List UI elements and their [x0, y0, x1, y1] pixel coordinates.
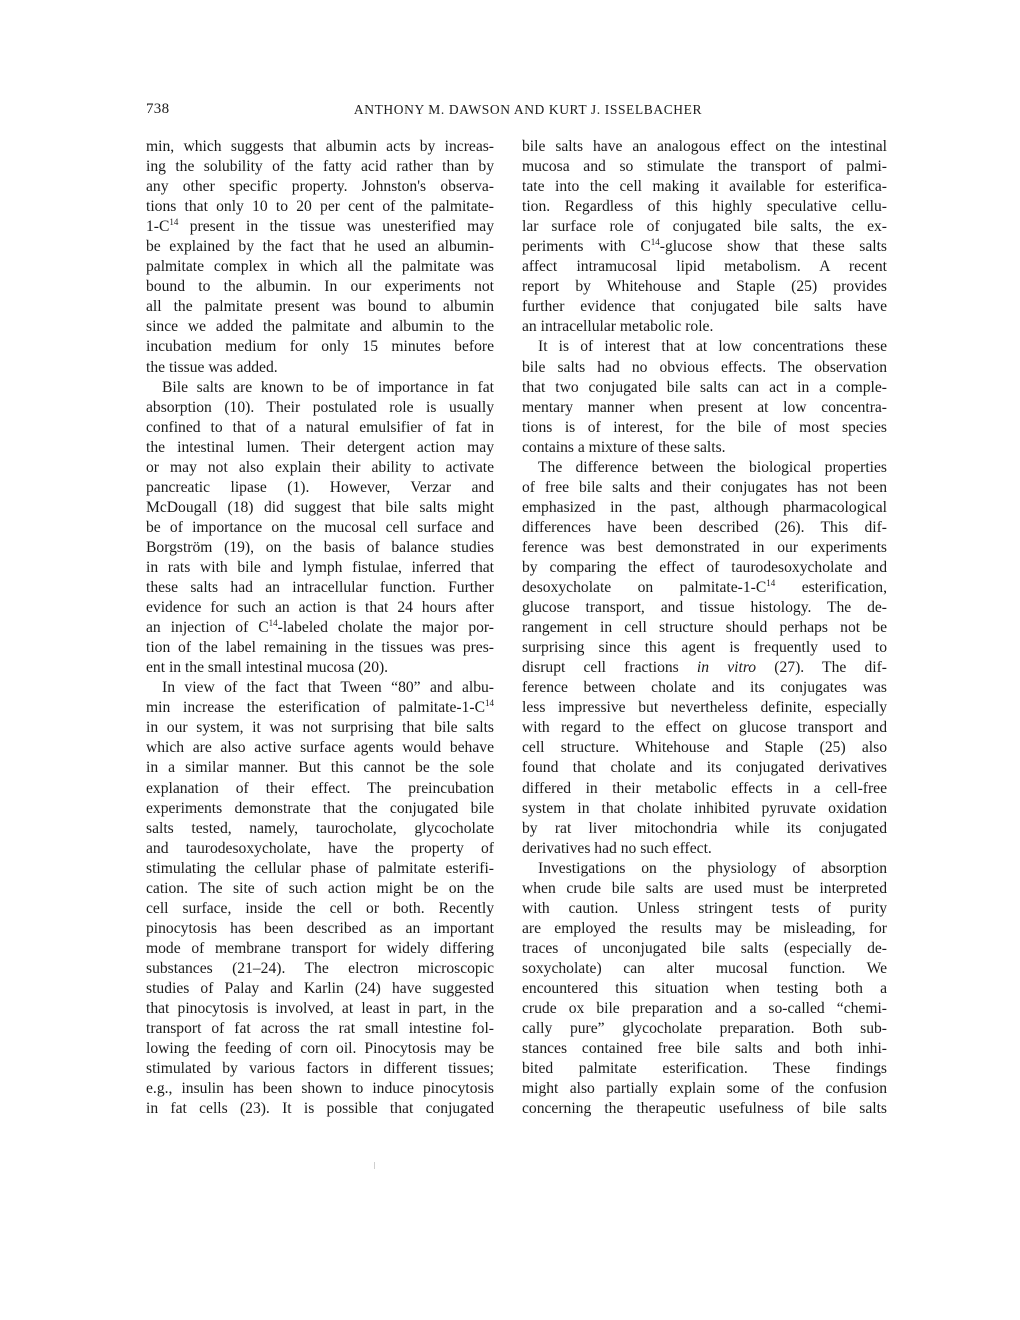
- text-line: periments with C14-glucose show that the…: [522, 237, 887, 257]
- text-line: salts tested, namely, taurocholate, glyc…: [146, 819, 494, 839]
- text-line: since we added the palmitate and albumin…: [146, 317, 494, 337]
- text-line: It is of interest that at low concentrat…: [522, 337, 887, 357]
- text-line: tions is of interest, for the bile of mo…: [522, 418, 887, 438]
- text-line: or may not also explain their ability to…: [146, 458, 494, 478]
- text-line: affect intramucosal lipid metabolism. A …: [522, 257, 887, 277]
- text-line: ent in the small intestinal mucosa (20).: [146, 658, 494, 678]
- text-line: e.g., insulin has been shown to induce p…: [146, 1079, 494, 1099]
- text-line: stimulated by various factors in differe…: [146, 1059, 494, 1079]
- text-line: report by Whitehouse and Staple (25) pro…: [522, 277, 887, 297]
- text-line: Investigations on the physiology of abso…: [522, 859, 887, 879]
- text-line: incubation medium for only 15 minutes be…: [146, 337, 494, 357]
- text-line: explanation of their effect. The preincu…: [146, 779, 494, 799]
- text-line: pancreatic lipase (1). However, Verzar a…: [146, 478, 494, 498]
- text-line: min, which suggests that albumin acts by…: [146, 137, 494, 157]
- text-line: cation. The site of such action might be…: [146, 879, 494, 899]
- text-line: min increase the esterification of palmi…: [146, 698, 494, 718]
- text-line: contains a mixture of these salts.: [522, 438, 887, 458]
- text-line: an injection of C14-labeled cholate the …: [146, 618, 494, 638]
- text-line: of free bile salts and their conjugates …: [522, 478, 887, 498]
- text-line: further evidence that conjugated bile sa…: [522, 297, 887, 317]
- text-line: bile salts had no obvious effects. The o…: [522, 358, 887, 378]
- left-text-column: min, which suggests that albumin acts by…: [146, 137, 494, 1119]
- text-line: ference was best demonstrated in our exp…: [522, 538, 887, 558]
- text-line: lowing the feeding of corn oil. Pinocyto…: [146, 1039, 494, 1059]
- text-line: ing the solubility of the fatty acid rat…: [146, 157, 494, 177]
- superscript: 14: [269, 618, 278, 628]
- text-line: tion of the label remaining in the tissu…: [146, 638, 494, 658]
- text-line: with regard to the effect on glucose tra…: [522, 718, 887, 738]
- text-line: stances contained free bile salts and bo…: [522, 1039, 887, 1059]
- text-line: all the palmitate present was bound to a…: [146, 297, 494, 317]
- journal-page: 738 ANTHONY M. DAWSON AND KURT J. ISSELB…: [0, 0, 1020, 1320]
- text-line: system in that cholate inhibited pyruvat…: [522, 799, 887, 819]
- text-line: crude ox bile preparation and a so-calle…: [522, 999, 887, 1019]
- text-line: stimulating the cellular phase of palmit…: [146, 859, 494, 879]
- text-line: be of importance on the mucosal cell sur…: [146, 518, 494, 538]
- text-line: any other specific property. Johnston's …: [146, 177, 494, 197]
- text-line: cally pure” glycocholate preparation. Bo…: [522, 1019, 887, 1039]
- text-line: cell surface, inside the cell or both. R…: [146, 899, 494, 919]
- text-line: derivatives had no such effect.: [522, 839, 887, 859]
- text-line: lar surface role of conjugated bile salt…: [522, 217, 887, 237]
- text-line: emphasized in the past, although pharmac…: [522, 498, 887, 518]
- text-line: studies of Palay and Karlin (24) have su…: [146, 979, 494, 999]
- text-line: transport of fat across the rat small in…: [146, 1019, 494, 1039]
- text-line: an intracellular metabolic role.: [522, 317, 887, 337]
- text-line: by comparing the effect of taurodesoxych…: [522, 558, 887, 578]
- superscript: 14: [766, 578, 775, 588]
- text-line: substances (21–24). The electron microsc…: [146, 959, 494, 979]
- text-line: less impressive but nevertheless definit…: [522, 698, 887, 718]
- text-line: evidence for such an action is that 24 h…: [146, 598, 494, 618]
- text-line: these salts had an intracellular functio…: [146, 578, 494, 598]
- right-text-column: bile salts have an analogous effect on t…: [522, 137, 887, 1119]
- scan-artifact-mark: [374, 1162, 375, 1169]
- text-line: in a similar manner. But this cannot be …: [146, 758, 494, 778]
- text-line: soxycholate) can alter mucosal function.…: [522, 959, 887, 979]
- text-line: the intestinal lumen. Their detergent ac…: [146, 438, 494, 458]
- text-line: desoxycholate on palmitate-1-C14 esterif…: [522, 578, 887, 598]
- superscript: 14: [169, 217, 178, 227]
- text-line: in our system, it was not surprising tha…: [146, 718, 494, 738]
- text-line: tate into the cell making it available f…: [522, 177, 887, 197]
- text-line: tions that only 10 to 20 per cent of the…: [146, 197, 494, 217]
- running-head-authors: ANTHONY M. DAWSON AND KURT J. ISSELBACHE…: [146, 102, 886, 118]
- text-line: might also partially explain some of the…: [522, 1079, 887, 1099]
- text-line: differed in their metabolic effects in a…: [522, 779, 887, 799]
- text-line: and taurodesoxycholate, have the propert…: [146, 839, 494, 859]
- text-line: rangement in cell structure should perha…: [522, 618, 887, 638]
- text-line: bile salts have an analogous effect on t…: [522, 137, 887, 157]
- text-line: bound to the albumin. In our experiments…: [146, 277, 494, 297]
- text-line: pinocytosis has been described as an imp…: [146, 919, 494, 939]
- running-head: 738 ANTHONY M. DAWSON AND KURT J. ISSELB…: [146, 101, 886, 121]
- text-line: are employed the results may be misleadi…: [522, 919, 887, 939]
- text-line: palmitate complex in which all the palmi…: [146, 257, 494, 277]
- text-line: by rat liver mitochondria while its conj…: [522, 819, 887, 839]
- text-line: The difference between the biological pr…: [522, 458, 887, 478]
- text-line: cell structure. Whitehouse and Staple (2…: [522, 738, 887, 758]
- superscript: 14: [485, 698, 494, 708]
- text-line: which are also active surface agents wou…: [146, 738, 494, 758]
- text-line: mode of membrane transport for widely di…: [146, 939, 494, 959]
- text-line: traces of unconjugated bile salts (espec…: [522, 939, 887, 959]
- text-line: disrupt cell fractions in vitro (27). Th…: [522, 658, 887, 678]
- text-line: with caution. Unless stringent tests of …: [522, 899, 887, 919]
- text-line: the tissue was added.: [146, 358, 494, 378]
- text-line: Borgström (19), on the basis of balance …: [146, 538, 494, 558]
- text-line: mentary manner when present at low conce…: [522, 398, 887, 418]
- text-line: differences have been described (26). Th…: [522, 518, 887, 538]
- text-line: 1-C14 present in the tissue was unesteri…: [146, 217, 494, 237]
- text-line: mucosa and so stimulate the transport of…: [522, 157, 887, 177]
- text-line: found that cholate and its conjugated de…: [522, 758, 887, 778]
- text-line: in rats with bile and lymph fistulae, in…: [146, 558, 494, 578]
- text-line: that two conjugated bile salts can act i…: [522, 378, 887, 398]
- text-line: Bile salts are known to be of importance…: [146, 378, 494, 398]
- superscript: 14: [651, 237, 660, 247]
- text-line: that pinocytosis is involved, at least i…: [146, 999, 494, 1019]
- text-line: experiments demonstrate that the conjuga…: [146, 799, 494, 819]
- text-line: confined to that of a natural emulsifier…: [146, 418, 494, 438]
- text-line: surprising since this agent is frequentl…: [522, 638, 887, 658]
- text-line: absorption (10). Their postulated role i…: [146, 398, 494, 418]
- text-line: concerning the therapeutic usefulness of…: [522, 1099, 887, 1119]
- text-line: McDougall (18) did suggest that bile sal…: [146, 498, 494, 518]
- text-line: In view of the fact that Tween “80” and …: [146, 678, 494, 698]
- text-line: when crude bile salts are used must be i…: [522, 879, 887, 899]
- text-line: encountered this situation when testing …: [522, 979, 887, 999]
- text-line: glucose transport, and tissue histology.…: [522, 598, 887, 618]
- text-line: ference between cholate and its conjugat…: [522, 678, 887, 698]
- text-line: bited palmitate esterification. These fi…: [522, 1059, 887, 1079]
- text-line: in fat cells (23). It is possible that c…: [146, 1099, 494, 1119]
- italic-text: in vitro: [697, 659, 756, 676]
- text-line: be explained by the fact that he used an…: [146, 237, 494, 257]
- text-line: tion. Regardless of this highly speculat…: [522, 197, 887, 217]
